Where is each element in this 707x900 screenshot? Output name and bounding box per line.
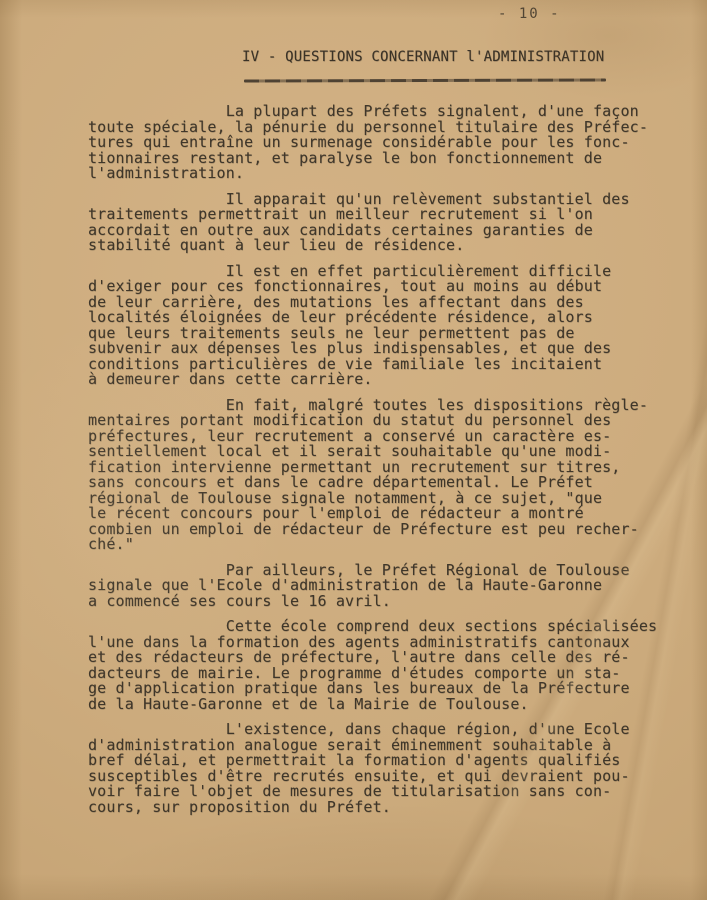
paragraph-ecole-administration: Par ailleurs, le Préfet Régional de Toul… <box>88 563 663 610</box>
paragraph-existence-ecoles: L'existence, dans chaque région, d'une E… <box>88 722 663 815</box>
title-underline <box>244 79 606 83</box>
paragraph-sections-ecole: Cette école comprend deux sections spéci… <box>88 619 663 712</box>
paragraph-mutations-difficiles: Il est en effet particulièrement diffici… <box>88 264 663 388</box>
section-title: IV - QUESTIONS CONCERNANT l'ADMINISTRATI… <box>242 49 604 65</box>
paragraph-recrutement-statut: En fait, malgré toutes les dispositions … <box>88 398 663 553</box>
paragraph-prefets-penurie: La plupart des Préfets signalent, d'une … <box>88 104 663 182</box>
document-body: La plupart des Préfets signalent, d'une … <box>88 104 663 825</box>
page-number: - 10 - <box>498 6 561 22</box>
paragraph-relevement-traitements: Il apparait qu'un relèvement substantiel… <box>88 192 663 254</box>
scanned-document-page: - 10 - IV - QUESTIONS CONCERNANT l'ADMIN… <box>0 0 707 900</box>
